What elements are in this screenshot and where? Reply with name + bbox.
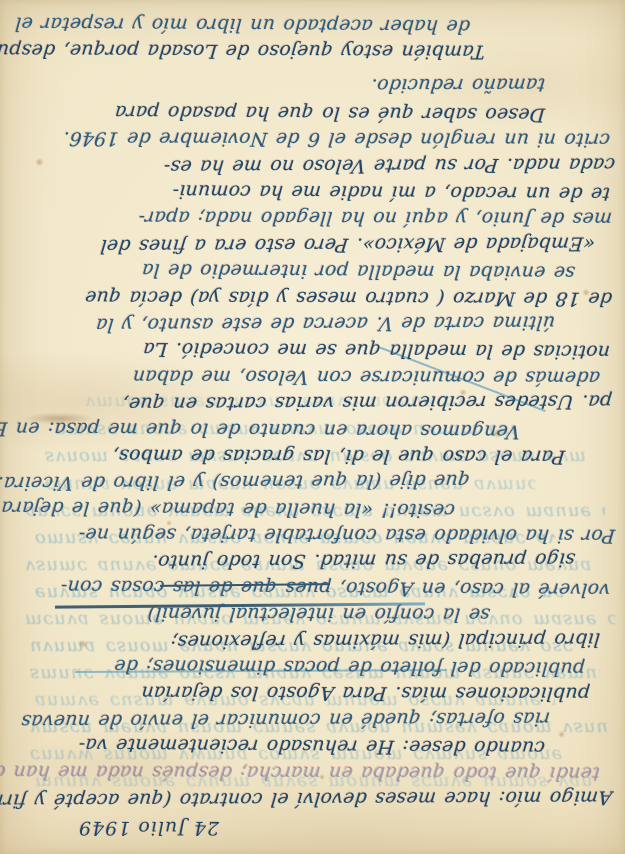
letter-line: Por si ha olvidado esta confortable tarj…: [0, 521, 616, 549]
letter-line: te de un recado, a mí nadie me ha comuni…: [0, 177, 611, 207]
letter-line: También estoy quejoso de Losada porque, …: [0, 37, 486, 65]
date-line: 24 Julio 1949: [0, 817, 625, 854]
letter-line: rias ofertas; quedé en comunicar el enví…: [0, 705, 551, 734]
letter-line: «Embajada de México». Pero esto era a fi…: [0, 230, 596, 260]
letter-scan: 24 Julio 1949 Amigo mío: hace meses devo…: [0, 0, 625, 854]
letter-line: última carta de V. acerca de este asunto…: [0, 309, 556, 338]
letter-line: Amigo mío: hace meses devolví el contrat…: [0, 784, 613, 814]
letter-line: pa. Ustedes recibieron mis varias cartas…: [0, 388, 613, 418]
letter-line: Deseo saber qué es lo que ha pasado para: [0, 98, 546, 128]
letter-line: publicaciones mías. Para Agosto los deja…: [0, 679, 591, 707]
letter-line: de haber aceptado un libro mío y respeta…: [0, 10, 471, 39]
letter-line: tendí que todo quedaba en marcha; despué…: [0, 758, 601, 786]
letter-line: que dije (la que tenemos) y el libro de …: [0, 468, 471, 497]
letter-line: cesito!! «la huella de tapama» (que le d…: [0, 494, 456, 523]
letter-line: libro principal (mis máximas y reflexion…: [0, 626, 601, 656]
letter-line: se la confío en intelectual juvenil): [0, 600, 491, 628]
letter-body: Amigo mío: hace meses devolví el contrat…: [0, 11, 625, 817]
letter-line: mes de Junio, y aquí no ha llegado nada;…: [0, 204, 613, 232]
letter-line: crito ni un renglón desde el 6 de Noviem…: [0, 125, 611, 153]
letter-line: tamaño reducido.: [0, 72, 546, 101]
letter-line: sigo pruebas de su mitad. Son todo junto…: [0, 547, 576, 576]
letter-line: Vengamos ahora en cuanto de lo que me pa…: [0, 415, 521, 445]
letter-line: de 18 de Marzo ( cuatro meses y días ya)…: [0, 283, 613, 311]
letter-line: se enviaba la medalla por intermedio de …: [0, 256, 576, 286]
letter-line: noticias de la medalla que se me concedi…: [0, 335, 611, 365]
letter-line: volveré al caso, en Agosto, pues que de …: [0, 573, 611, 603]
rotated-sheet: 24 Julio 1949 Amigo mío: hace meses devo…: [0, 0, 625, 854]
letter-line: cada nada. Por su parte Veloso no me ha …: [0, 151, 616, 181]
letter-line: cuando desee: He rehusado recientemente …: [0, 731, 546, 761]
letter-line: Para el caso que le di, las gracias de a…: [0, 442, 566, 470]
letter-line: publicado del folleto de pocas dimension…: [0, 652, 586, 682]
letter-line: además de comunicarse con Veloso, me dab…: [0, 363, 601, 391]
